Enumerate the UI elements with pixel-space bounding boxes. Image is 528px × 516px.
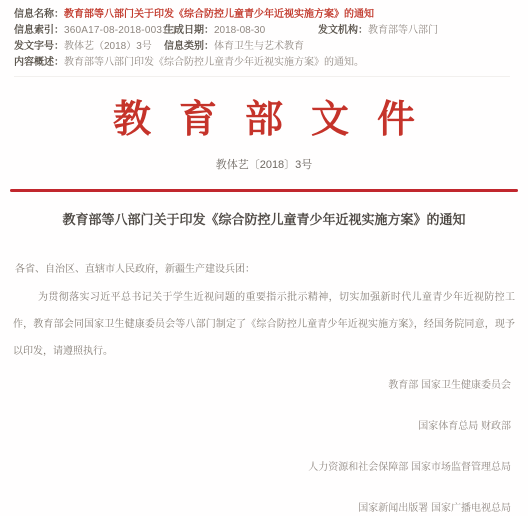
body-paragraph: 为贯彻落实习近平总书记关于学生近视问题的重要指示批示精神，切实加强新时代儿童青少… xyxy=(13,284,515,365)
meta-label-category: 信息类别： xyxy=(164,39,214,55)
meta-table: 信息名称： 教育部等八部门关于印发《综合防控儿童青少年近视实施方案》的通知 信息… xyxy=(14,0,510,77)
meta-value-summary: 教育部等八部门印发《综合防控儿童青少年近视实施方案》的通知。 xyxy=(64,55,364,71)
meta-row-name: 信息名称： 教育部等八部门关于印发《综合防控儿童青少年近视实施方案》的通知 xyxy=(14,7,510,23)
signature-line: 人力资源和社会保障部 国家市场监督管理总局 xyxy=(0,459,511,476)
meta-pair-agency: 发文机构： 教育部等八部门 xyxy=(318,23,510,39)
meta-value-docnum: 教体艺（2018）3号 xyxy=(64,39,152,55)
meta-label-summary: 内容概述： xyxy=(14,55,64,71)
meta-value-name: 教育部等八部门关于印发《综合防控儿童青少年近视实施方案》的通知 xyxy=(64,7,374,23)
meta-row-docnum-category: 发文字号： 教体艺（2018）3号 信息类别： 体育卫生与艺术教育 xyxy=(14,39,510,55)
meta-value-category: 体育卫生与艺术教育 xyxy=(214,39,304,55)
signature-line: 国家体育总局 财政部 xyxy=(0,418,511,435)
meta-label-docnum: 发文字号： xyxy=(14,39,64,55)
meta-value-index: 360A17-08-2018-0031-1 xyxy=(64,23,177,39)
red-separator xyxy=(10,189,518,192)
notice-title: 教育部等八部门关于印发《综合防控儿童青少年近视实施方案》的通知 xyxy=(0,211,528,229)
meta-pair-date: 生成日期： 2018-08-30 xyxy=(164,23,318,39)
salutation: 各省、自治区、直辖市人民政府，新疆生产建设兵团： xyxy=(15,261,515,278)
meta-pair-docnum: 发文字号： 教体艺（2018）3号 xyxy=(14,39,164,55)
signature-block: 教育部 国家卫生健康委员会 国家体育总局 财政部 人力资源和社会保障部 国家市场… xyxy=(0,377,511,516)
meta-row-summary: 内容概述： 教育部等八部门印发《综合防控儿童青少年近视实施方案》的通知。 xyxy=(14,55,510,71)
meta-label-agency: 发文机构： xyxy=(318,23,368,39)
letterhead-title: 教育部文件 xyxy=(0,97,528,141)
meta-row-index-date-agency: 信息索引： 360A17-08-2018-0031-1 生成日期： 2018-0… xyxy=(14,23,510,39)
meta-label-index: 信息索引： xyxy=(14,23,64,39)
meta-pair-category: 信息类别： 体育卫生与艺术教育 xyxy=(164,39,510,55)
meta-value-agency: 教育部等八部门 xyxy=(368,23,438,39)
meta-label-name: 信息名称： xyxy=(14,7,64,23)
meta-label-date: 生成日期： xyxy=(164,23,214,39)
signature-line: 教育部 国家卫生健康委员会 xyxy=(0,377,511,394)
meta-pair-index: 信息索引： 360A17-08-2018-0031-1 xyxy=(14,23,164,39)
signature-line: 国家新闻出版署 国家广播电视总局 xyxy=(0,500,511,516)
meta-value-date: 2018-08-30 xyxy=(214,23,265,39)
doc-number: 教体艺〔2018〕3号 xyxy=(0,157,528,173)
document-page: 信息名称： 教育部等八部门关于印发《综合防控儿童青少年近视实施方案》的通知 信息… xyxy=(0,0,528,516)
